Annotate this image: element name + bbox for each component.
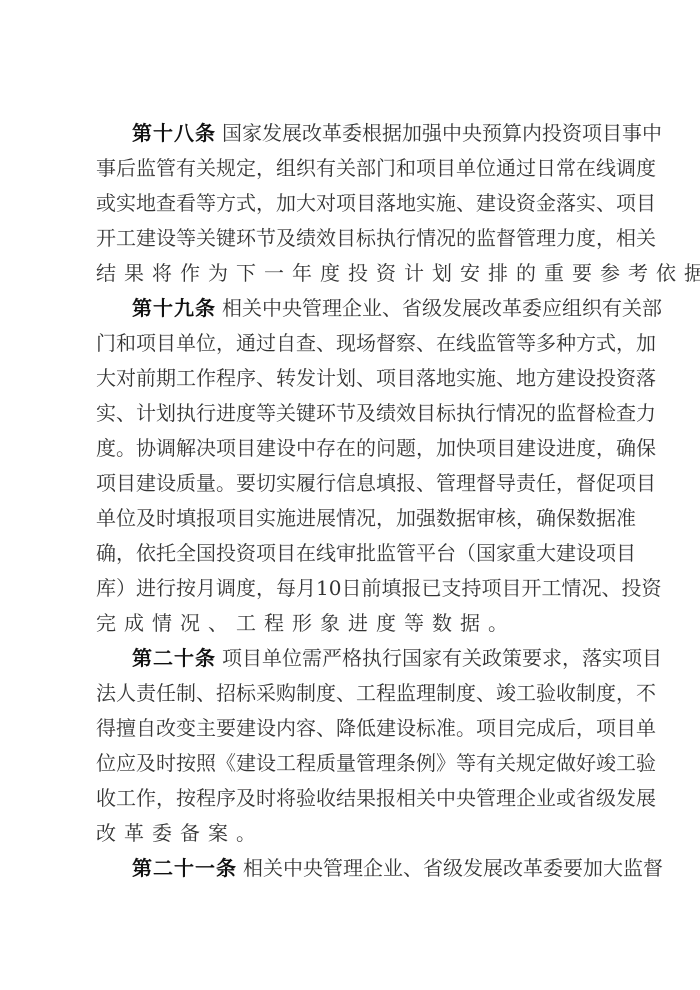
text-char: 相 bbox=[616, 221, 636, 256]
text-char: 应 bbox=[542, 291, 562, 326]
text-char: 度 bbox=[320, 256, 340, 291]
text-char: 过 bbox=[256, 326, 276, 361]
text-char: 算 bbox=[502, 116, 522, 151]
text-char: 完 bbox=[516, 711, 536, 746]
text-char: 的 bbox=[516, 256, 536, 291]
text-char: 据 bbox=[382, 116, 402, 151]
text-char: 位 bbox=[196, 326, 216, 361]
text-char: 程 bbox=[216, 361, 236, 396]
text-char: 问 bbox=[376, 431, 396, 466]
text-char: 内 bbox=[276, 711, 296, 746]
text-line: 或实地查看等方式，加大对项目落地实施、建设资金落实、项目 bbox=[96, 186, 604, 221]
text-line: 确，依托全国投资项目在线审批监管平台（国家重大建设项目 bbox=[96, 536, 604, 571]
text-char: 需 bbox=[302, 641, 322, 676]
text-char: 在 bbox=[576, 151, 596, 186]
document-page: 第十八条国家发展改革委根据加强中央预算内投资项目事中事后监管有关规定，组织有关部… bbox=[96, 116, 604, 886]
text-char: 投 bbox=[216, 536, 236, 571]
text-char: 实 bbox=[256, 501, 276, 536]
text-char: 资 bbox=[616, 361, 636, 396]
text-char: 关 bbox=[462, 641, 482, 676]
text-char: 建 bbox=[516, 431, 536, 466]
text-char: 质 bbox=[176, 466, 196, 501]
text-char: 环 bbox=[316, 396, 336, 431]
text-char: 强 bbox=[422, 116, 442, 151]
text-char: 采 bbox=[256, 676, 276, 711]
text-line: 单位及时填报项目实施进展情况，加强数据审核，确保数据准 bbox=[96, 501, 604, 536]
text-char: 资 bbox=[641, 571, 661, 606]
text-char: 项 bbox=[596, 536, 616, 571]
text-char: 月 bbox=[196, 571, 216, 606]
text-char: 省 bbox=[423, 851, 443, 886]
text-char: 格 bbox=[342, 641, 362, 676]
text-char: ， bbox=[156, 781, 176, 816]
text-char: 企 bbox=[342, 291, 362, 326]
text-char: 目 bbox=[242, 641, 262, 676]
text-char: 革 bbox=[523, 851, 543, 886]
text-char: 改 bbox=[156, 711, 176, 746]
text-char: 情 bbox=[496, 396, 516, 431]
text-char: 自 bbox=[136, 711, 156, 746]
text-char: ， bbox=[596, 431, 616, 466]
text-char: 场 bbox=[356, 326, 376, 361]
text-char: 环 bbox=[236, 221, 256, 256]
text-char: 。 bbox=[236, 816, 256, 851]
text-line: 完成情况、工程形象进度等数据。 bbox=[96, 606, 604, 641]
text-char: 督 bbox=[496, 221, 516, 256]
text-char: 过 bbox=[516, 151, 536, 186]
text-char: 保 bbox=[556, 501, 576, 536]
text-char: 果 bbox=[124, 256, 144, 291]
text-char: 管 bbox=[516, 221, 536, 256]
text-char: 中 bbox=[436, 781, 456, 816]
text-char: 建 bbox=[376, 711, 396, 746]
text-char: 建 bbox=[136, 466, 156, 501]
text-char: 大 bbox=[96, 361, 116, 396]
text-char: ， bbox=[562, 641, 582, 676]
text-char: 委 bbox=[543, 851, 563, 886]
text-char: 展 bbox=[462, 291, 482, 326]
text-char: 行 bbox=[156, 571, 176, 606]
text-char: 施 bbox=[276, 501, 296, 536]
text-char: 在 bbox=[436, 326, 456, 361]
text-char: 、 bbox=[596, 186, 616, 221]
text-char: 执 bbox=[362, 641, 382, 676]
article-paragraph: 第十九条相关中央管理企业、省级发展改革委应组织有关部门和项目单位，通过自查、现场… bbox=[96, 291, 604, 641]
text-char: 加 bbox=[583, 851, 603, 886]
text-char: 快 bbox=[456, 431, 476, 466]
text-char: 划 bbox=[156, 396, 176, 431]
text-char: 目 bbox=[616, 711, 636, 746]
text-char: 理 bbox=[496, 781, 516, 816]
text-char: 果 bbox=[356, 781, 376, 816]
text-char: 划 bbox=[336, 361, 356, 396]
text-char: 进 bbox=[348, 606, 368, 641]
text-char: 作 bbox=[136, 781, 156, 816]
text-char: 项 bbox=[336, 186, 356, 221]
text-char: 求 bbox=[542, 641, 562, 676]
text-char: 加 bbox=[436, 431, 456, 466]
text-char: 为 bbox=[208, 256, 228, 291]
text-char: 报 bbox=[396, 466, 416, 501]
text-char: 项 bbox=[222, 641, 242, 676]
text-char: 门 bbox=[376, 151, 396, 186]
article-paragraph: 第二十一条相关中央管理企业、省级发展改革委要加大监督 bbox=[96, 851, 604, 886]
text-char: 中 bbox=[442, 116, 462, 151]
text-char: 目 bbox=[116, 466, 136, 501]
text-char: 开 bbox=[96, 221, 116, 256]
text-char: 力 bbox=[556, 221, 576, 256]
text-char: 行 bbox=[316, 466, 336, 501]
text-char: 、 bbox=[416, 326, 436, 361]
text-char: 工 bbox=[176, 361, 196, 396]
text-char: 落 bbox=[582, 641, 602, 676]
text-char: 发 bbox=[296, 361, 316, 396]
text-char: 关 bbox=[276, 396, 296, 431]
text-char: 切 bbox=[256, 466, 276, 501]
text-char: 情 bbox=[152, 606, 172, 641]
text-char: 验 bbox=[636, 746, 656, 781]
text-char: 事 bbox=[96, 151, 116, 186]
text-char: ， bbox=[616, 326, 636, 361]
text-char: 等 bbox=[516, 326, 536, 361]
text-char: 设 bbox=[536, 431, 556, 466]
text-char: 目 bbox=[496, 711, 516, 746]
text-char: 改 bbox=[96, 816, 116, 851]
text-char: 排 bbox=[488, 256, 508, 291]
text-char: 依 bbox=[656, 256, 676, 291]
text-char: 依 bbox=[136, 536, 156, 571]
text-char: 、 bbox=[316, 711, 336, 746]
text-char: 管 bbox=[356, 746, 376, 781]
text-char: 大 bbox=[536, 536, 556, 571]
text-char: 目 bbox=[501, 571, 521, 606]
text-char: 标 bbox=[356, 221, 376, 256]
text-char: 建 bbox=[256, 431, 276, 466]
text-char: 制 bbox=[296, 676, 316, 711]
text-line: 第二十条项目单位需严格执行国家有关政策要求，落实项目 bbox=[96, 641, 604, 676]
text-char: 进 bbox=[136, 571, 156, 606]
text-char: 收 bbox=[96, 781, 116, 816]
text-char: 查 bbox=[616, 396, 636, 431]
text-char: 息 bbox=[356, 466, 376, 501]
text-char: 填 bbox=[381, 571, 401, 606]
text-char: 央 bbox=[303, 851, 323, 886]
text-char: 关 bbox=[636, 221, 656, 256]
text-char: 设 bbox=[256, 711, 276, 746]
text-char: 考 bbox=[628, 256, 648, 291]
text-line: 门和项目单位，通过自查、现场督察、在线监管等多种方式，加 bbox=[96, 326, 604, 361]
text-char: 规 bbox=[516, 746, 536, 781]
text-char: 《 bbox=[216, 746, 236, 781]
text-char: 资 bbox=[376, 256, 396, 291]
text-char: 计 bbox=[316, 361, 336, 396]
text-char: 台 bbox=[436, 536, 456, 571]
text-char: 工 bbox=[516, 676, 536, 711]
text-char: 管 bbox=[396, 536, 416, 571]
text-char: 金 bbox=[536, 186, 556, 221]
text-char: 况 bbox=[356, 501, 376, 536]
text-char: 强 bbox=[416, 501, 436, 536]
text-char: 数 bbox=[432, 606, 452, 641]
text-char: 设 bbox=[156, 221, 176, 256]
text-char: 监 bbox=[376, 536, 396, 571]
text-char: 数 bbox=[436, 501, 456, 536]
text-char: 报 bbox=[401, 571, 421, 606]
text-char: 绩 bbox=[296, 221, 316, 256]
text-char: 国 bbox=[402, 641, 422, 676]
text-char: ， bbox=[516, 501, 536, 536]
text-char: 目 bbox=[636, 466, 656, 501]
text-char: 落 bbox=[636, 361, 656, 396]
text-line: 度。协调解决项目建设中存在的问题，加快项目建设进度，确保 bbox=[96, 431, 604, 466]
text-char: 现 bbox=[336, 326, 356, 361]
text-char: 监 bbox=[623, 851, 643, 886]
text-char: 前 bbox=[361, 571, 381, 606]
text-char: 门 bbox=[96, 326, 116, 361]
text-char: 单 bbox=[96, 501, 116, 536]
text-char: 中 bbox=[283, 851, 303, 886]
text-char: 加 bbox=[276, 186, 296, 221]
text-char: 度 bbox=[236, 571, 256, 606]
text-char: 自 bbox=[276, 326, 296, 361]
text-char: 节 bbox=[256, 221, 276, 256]
text-char: 节 bbox=[336, 396, 356, 431]
text-char: 建 bbox=[236, 746, 256, 781]
text-char: 式 bbox=[596, 326, 616, 361]
text-char: 级 bbox=[443, 851, 463, 886]
text-char: 信 bbox=[336, 466, 356, 501]
text-char: 中 bbox=[642, 116, 662, 151]
text-char: 执 bbox=[376, 221, 396, 256]
text-char: 央 bbox=[462, 116, 482, 151]
text-char: 结 bbox=[96, 256, 116, 291]
text-char: 实 bbox=[416, 186, 436, 221]
text-char: 计 bbox=[136, 396, 156, 431]
text-char: 建 bbox=[556, 536, 576, 571]
text-char: 数 bbox=[576, 501, 596, 536]
text-char: 降 bbox=[336, 711, 356, 746]
text-char: 国 bbox=[476, 536, 496, 571]
text-char: 设 bbox=[496, 186, 516, 221]
text-char: 落 bbox=[376, 186, 396, 221]
text-line: 库）进行按月调度，每月10日前填报已支持项目开工情况、投资 bbox=[96, 571, 604, 606]
text-char: 情 bbox=[561, 571, 581, 606]
text-char: 设 bbox=[396, 711, 416, 746]
text-char: 实 bbox=[576, 186, 596, 221]
text-char: 任 bbox=[156, 676, 176, 711]
text-char: 家 bbox=[242, 116, 262, 151]
text-char: 发 bbox=[616, 781, 636, 816]
text-char: 委 bbox=[342, 116, 362, 151]
text-char: 在 bbox=[296, 536, 316, 571]
text-char: 投 bbox=[542, 116, 562, 151]
text-char: 责 bbox=[136, 676, 156, 711]
text-char: 收 bbox=[556, 676, 576, 711]
text-char: 度 bbox=[96, 431, 116, 466]
text-char: 项 bbox=[216, 501, 236, 536]
text-char: 家 bbox=[496, 536, 516, 571]
text-char: 度 bbox=[576, 221, 596, 256]
text-char: 管 bbox=[156, 151, 176, 186]
text-char: 成 bbox=[124, 606, 144, 641]
text-char: 位 bbox=[116, 501, 136, 536]
text-char: 内 bbox=[522, 116, 542, 151]
text-line: 实、计划执行进度等关键环节及绩效目标执行情况的监督检查力 bbox=[96, 396, 604, 431]
text-char: 招 bbox=[216, 676, 236, 711]
text-char: 准 bbox=[616, 501, 636, 536]
text-char: 式 bbox=[236, 186, 256, 221]
text-char: 革 bbox=[124, 816, 144, 851]
text-char: 部 bbox=[356, 151, 376, 186]
text-char: 已 bbox=[421, 571, 441, 606]
text-char: 政 bbox=[482, 641, 502, 676]
text-char: 报 bbox=[376, 781, 396, 816]
text-char: 位 bbox=[96, 746, 116, 781]
text-char: ， bbox=[256, 186, 276, 221]
text-char: 促 bbox=[596, 466, 616, 501]
text-char: 有 bbox=[602, 291, 622, 326]
text-char: 省 bbox=[402, 291, 422, 326]
text-char: 度 bbox=[576, 431, 596, 466]
text-char: 在 bbox=[336, 431, 356, 466]
text-char: 项 bbox=[476, 711, 496, 746]
text-char: 方 bbox=[536, 361, 556, 396]
text-char: 成 bbox=[536, 711, 556, 746]
text-char: 进 bbox=[296, 501, 316, 536]
text-char: 投 bbox=[596, 361, 616, 396]
text-char: 持 bbox=[461, 571, 481, 606]
text-char: 人 bbox=[116, 676, 136, 711]
text-char: 督 bbox=[576, 396, 596, 431]
text-char: 地 bbox=[516, 361, 536, 396]
text-char: 完 bbox=[96, 606, 116, 641]
text-char: ， bbox=[576, 711, 596, 746]
text-char: 施 bbox=[476, 361, 496, 396]
text-char: 下 bbox=[236, 256, 256, 291]
text-char: 目 bbox=[276, 536, 296, 571]
text-char: 相 bbox=[222, 291, 242, 326]
text-char: 管 bbox=[323, 851, 343, 886]
text-char: 要 bbox=[563, 851, 583, 886]
text-char: 调 bbox=[616, 151, 636, 186]
text-char: 资 bbox=[516, 186, 536, 221]
text-char: 展 bbox=[483, 851, 503, 886]
text-char: 行 bbox=[396, 221, 416, 256]
text-char: 、 bbox=[208, 606, 228, 641]
text-char: 按 bbox=[176, 571, 196, 606]
text-char: 设 bbox=[256, 746, 276, 781]
text-char: 投 bbox=[348, 256, 368, 291]
text-char: 理 bbox=[416, 676, 436, 711]
text-char: 及 bbox=[136, 746, 156, 781]
text-char: 目 bbox=[156, 326, 176, 361]
text-char: 等 bbox=[196, 186, 216, 221]
text-char: 项 bbox=[96, 466, 116, 501]
text-char: 单 bbox=[176, 326, 196, 361]
text-char: 查 bbox=[156, 186, 176, 221]
text-char: 改 bbox=[302, 116, 322, 151]
text-char: 收 bbox=[316, 781, 336, 816]
text-char: 落 bbox=[556, 186, 576, 221]
text-char: 预 bbox=[482, 116, 502, 151]
text-char: 改 bbox=[482, 291, 502, 326]
text-char: 项 bbox=[416, 151, 436, 186]
text-line: 结果将作为下一年度投资计划安排的重要参考依据。 bbox=[96, 256, 604, 291]
text-char: 保 bbox=[636, 431, 656, 466]
text-char: 地 bbox=[136, 186, 156, 221]
text-char: 督 bbox=[576, 466, 596, 501]
text-char: 验 bbox=[296, 781, 316, 816]
text-char: 验 bbox=[536, 676, 556, 711]
text-char: 工 bbox=[236, 606, 256, 641]
text-line: 第二十一条相关中央管理企业、省级发展改革委要加大监督 bbox=[96, 851, 604, 886]
text-char: 按 bbox=[176, 781, 196, 816]
text-char: 项 bbox=[256, 536, 276, 571]
text-char: 、 bbox=[116, 396, 136, 431]
text-char: 及 bbox=[136, 501, 156, 536]
text-char: 得 bbox=[96, 711, 116, 746]
text-char: 量 bbox=[336, 746, 356, 781]
text-line: 位应及时按照《建设工程质量管理条例》等有关规定做好竣工验 bbox=[96, 746, 604, 781]
text-char: 要 bbox=[216, 711, 236, 746]
text-char: 不 bbox=[636, 676, 656, 711]
text-char: 质 bbox=[316, 746, 336, 781]
text-char: 监 bbox=[476, 221, 496, 256]
text-char: 况 bbox=[516, 396, 536, 431]
text-char: 库 bbox=[96, 571, 116, 606]
text-char: 加 bbox=[402, 116, 422, 151]
text-char: 关 bbox=[242, 291, 262, 326]
text-line: 收工作，按程序及时将验收结果报相关中央管理企业或省级发展 bbox=[96, 781, 604, 816]
text-char: 目 bbox=[236, 431, 256, 466]
text-char: 行 bbox=[476, 396, 496, 431]
text-char: 央 bbox=[456, 781, 476, 816]
text-char: 将 bbox=[276, 781, 296, 816]
text-char: 结 bbox=[336, 781, 356, 816]
text-char: 严 bbox=[322, 641, 342, 676]
text-char: 量 bbox=[196, 466, 216, 501]
text-char: 效 bbox=[316, 221, 336, 256]
text-char: 力 bbox=[636, 396, 656, 431]
text-char: 监 bbox=[136, 151, 156, 186]
text-char: 资 bbox=[562, 116, 582, 151]
text-char: 展 bbox=[282, 116, 302, 151]
text-char: 要 bbox=[522, 641, 542, 676]
text-char: 做 bbox=[556, 746, 576, 781]
text-char: 调 bbox=[156, 431, 176, 466]
text-char: 看 bbox=[176, 186, 196, 221]
text-char: 位 bbox=[476, 151, 496, 186]
text-char: 有 bbox=[176, 151, 196, 186]
text-char: ， bbox=[376, 501, 396, 536]
text-char: 照 bbox=[196, 746, 216, 781]
text-char: 、 bbox=[403, 851, 423, 886]
text-char: 况 bbox=[436, 221, 456, 256]
text-char: 督 bbox=[376, 326, 396, 361]
text-char: 作 bbox=[180, 256, 200, 291]
text-char: 制 bbox=[576, 676, 596, 711]
text-char: 革 bbox=[322, 116, 342, 151]
text-char: 、 bbox=[601, 571, 621, 606]
text-char: 策 bbox=[502, 641, 522, 676]
text-char: 实 bbox=[602, 641, 622, 676]
text-char: 设 bbox=[276, 431, 296, 466]
text-char: 项 bbox=[582, 116, 602, 151]
text-char: 等 bbox=[456, 746, 476, 781]
text-char: 应 bbox=[116, 746, 136, 781]
text-char: 督 bbox=[643, 851, 663, 886]
text-char: 有 bbox=[316, 151, 336, 186]
